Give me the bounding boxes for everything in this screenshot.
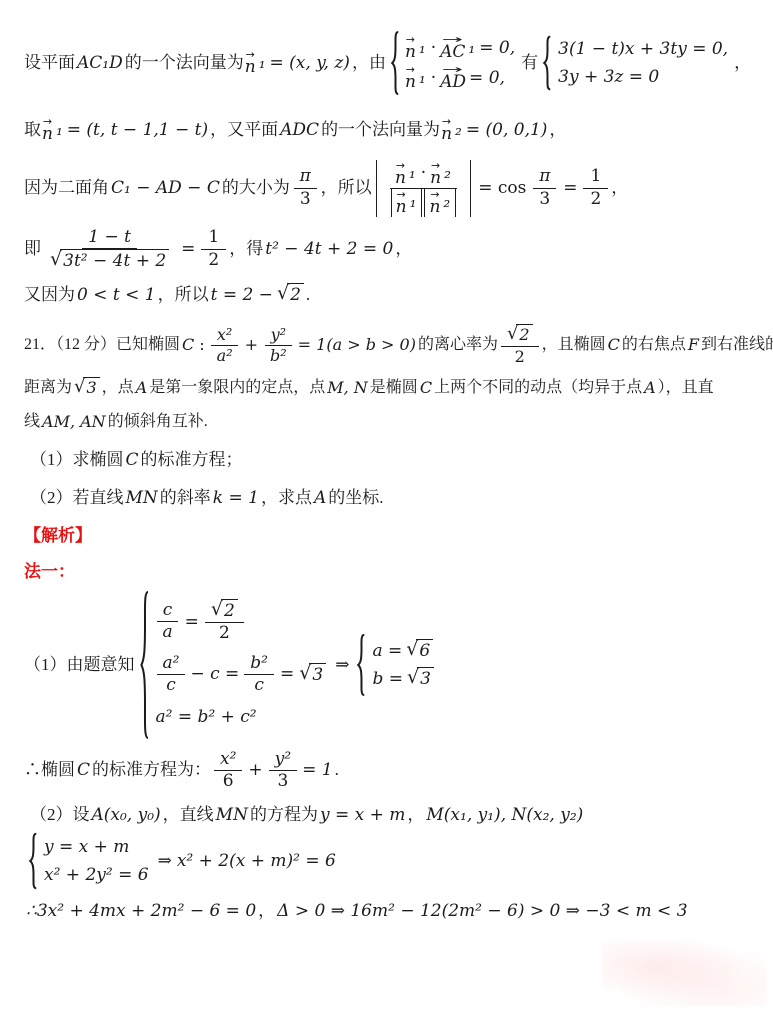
vector-letter: n [405, 74, 416, 92]
fraction-denominator: 3 [270, 771, 295, 792]
punctuation: ， [321, 175, 338, 201]
fraction-numerator: x² [211, 325, 238, 346]
text-run: 又平面 [227, 117, 278, 143]
punctuation: : [199, 332, 204, 358]
math-run: b² [250, 653, 268, 674]
system-row: y = x + m [42, 834, 131, 860]
dot-product-system: →n₁ · →AC₁ = 0, →n₁ · →AD = 0, [390, 30, 517, 96]
text-run: 求点 [278, 485, 312, 511]
vector-subscript: ₁ [56, 117, 63, 143]
math-run: c [163, 600, 173, 621]
math-run: AM, AN [42, 409, 106, 435]
math-run: C [77, 757, 90, 783]
text-run: 点 [118, 375, 134, 401]
fraction-denominator: c [160, 675, 182, 696]
fraction-denominator: 6 [216, 771, 241, 792]
problem-21-line-a: 21．（12 分）已知椭圆 C : x²a² + y²b² = 1(a > b … [24, 324, 763, 367]
text-run: 的坐标. [328, 485, 383, 511]
text-run: （2）若直线 [30, 485, 124, 511]
math-run: x² + 2(x + m)² = 6 [177, 848, 336, 874]
math-run: MN [216, 802, 248, 828]
fraction-b2-c: b²c [244, 653, 274, 697]
math-run: AC₁D [77, 50, 123, 76]
text-run: 的方程为 [250, 802, 318, 828]
punctuation: . [306, 282, 310, 308]
text-run: 的大小为 [222, 175, 290, 201]
math-run: 1 − t [88, 227, 131, 248]
math-run: a² = b² + c² [156, 704, 257, 730]
dot-operator: · [431, 65, 436, 91]
text-run: 因为二面角 [24, 175, 109, 201]
fraction-denominator: √3t² − 4t + 2 [44, 249, 175, 272]
math-run: 1 [590, 166, 601, 187]
math-run: = (0, 0,1) [466, 117, 548, 143]
math-run: = cos [478, 175, 526, 201]
radicand: 3 [309, 663, 326, 686]
fraction-numerator: √2 [501, 324, 539, 347]
dot-operator: · [421, 163, 426, 184]
text-run: 即 [24, 236, 41, 262]
math-run: A [136, 375, 148, 401]
punctuation: ， [549, 117, 566, 143]
punctuation: ， [163, 802, 180, 828]
text-run: 所以 [175, 282, 209, 308]
implies-arrow: ⇒ [335, 652, 349, 678]
text-run: 得 [246, 236, 263, 262]
math-run: y² [275, 749, 291, 770]
fraction-y2-3: y²3 [269, 749, 297, 793]
math-run: A(x₀, y₀) [92, 802, 161, 828]
math-run: x² [220, 749, 236, 770]
question-2: （2）若直线 MN 的斜率 k = 1 ， 求点 A 的坐标. [24, 485, 763, 511]
text-run: 取 [24, 117, 41, 143]
text-run: （2）设 [30, 802, 90, 828]
sqrt: √3 [74, 377, 100, 399]
vector-subscript: ₁ [419, 35, 426, 61]
math-run: a = [372, 638, 402, 664]
math-run: A [314, 485, 326, 511]
text-run: （1）求椭圆 [30, 447, 124, 473]
math-run: c [254, 675, 264, 696]
abs-value-small: →n₂ [424, 189, 456, 217]
fraction-sqrt2-2: √22 [501, 324, 539, 367]
text-run: 线 [24, 409, 40, 435]
line-normal-vector-setup: 设平面 AC₁D 的一个法向量为 →n₁ = (x, y, z) ， 由 →n₁… [24, 30, 763, 96]
vector-subscript: ₁ [410, 192, 417, 213]
text-run: 是椭圆 [370, 375, 418, 401]
math-run: 2 [590, 189, 601, 210]
text-run: 的一个法向量为 [321, 117, 440, 143]
math-run: 3 [539, 189, 550, 210]
watermark [602, 940, 767, 1006]
solution-substitution-system: y = x + m x² + 2y² = 6 ⇒ x² + 2(x + m)² … [24, 832, 763, 890]
math-run: c [166, 675, 176, 696]
math-run: M(x₁, y₁), N(x₂, y₂) [426, 802, 583, 828]
system-rows: y = x + m x² + 2y² = 6 [42, 834, 151, 888]
fraction-numerator: a² [157, 653, 186, 675]
system-row: →n₁ · →AD = 0, [404, 64, 507, 92]
text-run: ），且直 [658, 375, 714, 401]
punctuation: ， [395, 236, 412, 262]
vector-letter: n [42, 126, 53, 144]
conditions-system: ca = √22 a²c − c = b²c = √3 a² = b² + c² [139, 589, 329, 741]
system-row: 3(1 − t)x + 3ty = 0, [556, 36, 730, 62]
punctuation: . [335, 757, 339, 783]
fraction-numerator: 1 [583, 166, 608, 188]
result-system: a =√6 b =√3 [356, 633, 436, 697]
math-run: = [280, 661, 294, 687]
math-run: MN [126, 485, 158, 511]
math-run: M, N [327, 375, 368, 401]
vector-n1: →n [405, 34, 416, 62]
vector-arrow-icon: → [442, 64, 463, 74]
math-run: C [608, 332, 620, 358]
math-run: y = x + m [44, 834, 129, 860]
dot-operator: · [431, 35, 436, 61]
text-run: 的斜率 [160, 485, 211, 511]
fraction-pi-3: π3 [293, 166, 318, 210]
brace-left-icon [390, 30, 401, 96]
sqrt: √6 [406, 639, 433, 662]
vector-subscript: ₁ [419, 65, 426, 91]
abs-value-group: →n₁ · →n₂ →n₁→n₂ [376, 160, 472, 217]
text-run: 直线 [180, 802, 214, 828]
math-run: 2 [219, 623, 230, 644]
analysis-heading-label: 【解析】 [24, 523, 92, 549]
math-run: 1 [208, 227, 219, 248]
system-row: ca = √22 [154, 599, 247, 644]
vector-n2: →n [441, 116, 452, 144]
fraction-denominator: 3 [293, 189, 318, 210]
math-run: x² + 2y² = 6 [44, 862, 149, 888]
sqrt: √2 [211, 599, 238, 622]
text-run: 有 [521, 50, 538, 76]
system-rows: →n₁ · →AC₁ = 0, →n₁ · →AD = 0, [404, 34, 517, 92]
fraction-denominator: a [157, 622, 179, 643]
vector-letter: n [441, 126, 452, 144]
math-run: 3 [277, 771, 288, 792]
system-row: →n₁ · →AC₁ = 0, [404, 34, 517, 62]
punctuation: ， [258, 898, 275, 924]
fraction-1-2: 12 [583, 166, 608, 210]
math-run: = (x, y, z) [270, 50, 350, 76]
math-run: b² [270, 346, 287, 366]
math-run: a [163, 622, 173, 643]
math-run: = [185, 609, 199, 635]
math-run: Δ > 0 ⇒ 16m² − 12(2m² − 6) > 0 ⇒ −3 < m … [277, 898, 687, 924]
fraction-pi-3: π3 [532, 166, 557, 210]
line-take-n1: 取 →n₁ = (t, t − 1,1 − t) ， 又平面 ADC 的一个法向… [24, 116, 763, 144]
line-solve-t-equation: 即 1 − t √3t² − 4t + 2 = 12 ， 得 t² − 4t +… [24, 227, 763, 272]
system-row: a =√6 [370, 638, 435, 664]
fraction-c-a: ca [157, 600, 179, 644]
line-ellipse-system: y = x + m x² + 2y² = 6 [28, 832, 151, 890]
plus-operator: + [248, 757, 262, 783]
math-run: y = x + m [320, 802, 405, 828]
method-1-label: 法一： [24, 559, 75, 585]
fraction-x2-a2: x²a² [211, 325, 239, 366]
brace-left-icon [356, 633, 367, 697]
vector-subscript: ₁ [468, 35, 475, 61]
punctuation: ， [407, 802, 424, 828]
sqrt: √2 [507, 324, 533, 346]
analysis-heading: 【解析】 [24, 523, 763, 549]
fraction-denominator: 2 [508, 347, 532, 367]
punctuation: ， [352, 50, 369, 76]
vector-n1: →n [245, 49, 256, 77]
sqrt: √3t² − 4t + 2 [50, 249, 169, 272]
fraction-y2-b2: y²b² [264, 325, 293, 366]
fraction-numerator: x² [214, 749, 242, 771]
math-run: 3y + 3z = 0 [558, 64, 659, 90]
text-run: 到右准线的 [701, 332, 773, 358]
problem-21-line-c: 线 AM, AN 的倾斜角互补. [24, 409, 763, 435]
radicand: 6 [416, 639, 433, 662]
math-run: 2 [208, 250, 219, 271]
sqrt: √2 [277, 283, 304, 306]
fraction-numerator: π [533, 166, 556, 188]
fraction-numerator: 1 [201, 227, 226, 249]
math-run: = 0, [469, 65, 505, 91]
solution-part1-system: （1）由题意知 ca = √22 a²c − c = b²c = √3 a² =… [24, 589, 763, 741]
vector-subscript: ₂ [443, 192, 450, 213]
math-run: = [181, 236, 195, 262]
fraction-x2-6: x²6 [214, 749, 242, 793]
math-solution-page: 设平面 AC₁D 的一个法向量为 →n₁ = (x, y, z) ， 由 →n₁… [0, 0, 773, 1022]
radicand: 2 [516, 324, 532, 346]
fraction-denominator: 2 [583, 189, 608, 210]
vector-subscript: ₂ [444, 163, 451, 184]
radicand: 3t² − 4t + 2 [60, 249, 169, 272]
fraction-numerator: b² [244, 653, 274, 675]
brace-left-icon [28, 832, 39, 890]
fraction-numerator: c [157, 600, 179, 622]
text-run: 由 [369, 50, 386, 76]
fraction-cos: →n₁ · →n₂ →n₁→n₂ [386, 160, 462, 217]
text-run: 的倾斜角互补. [108, 409, 208, 435]
fraction-numerator: y² [265, 325, 292, 346]
vector-subscript: ₁ [409, 163, 416, 184]
system-rows: 3(1 − t)x + 3ty = 0, 3y + 3z = 0 [556, 36, 730, 90]
fraction-numerator: y² [269, 749, 297, 771]
math-run: 3(1 − t)x + 3ty = 0, [558, 36, 728, 62]
vector-arrow-icon: → [442, 34, 463, 44]
fraction-denominator: c [248, 675, 270, 696]
vector-n2: →n [429, 189, 440, 217]
vector-subscript: ₁ [259, 50, 266, 76]
fraction-radical: 1 − t √3t² − 4t + 2 [44, 227, 175, 272]
vector-AC1: →AC [440, 34, 465, 62]
punctuation: ， [542, 332, 558, 358]
text-run: 又因为 [24, 282, 75, 308]
text-run: 且椭圆 [558, 332, 606, 358]
text-run: 设平面 [24, 50, 75, 76]
math-run: a² [217, 346, 233, 366]
math-run: x² [217, 325, 232, 345]
math-run: π [300, 166, 311, 187]
text-run: 距离为 [24, 375, 72, 401]
vector-letter: n [395, 170, 406, 188]
system-rows: a =√6 b =√3 [370, 638, 436, 692]
vector-letter: AC [440, 44, 465, 62]
math-run: = (t, t − 1,1 − t) [67, 117, 208, 143]
text-run: 上两个不同的动点（均异于点 [434, 375, 642, 401]
punctuation: ， [734, 50, 751, 76]
radicand: 3 [417, 667, 434, 690]
punctuation: ， [158, 282, 175, 308]
fraction-sqrt2-2: √22 [205, 599, 244, 644]
question-1: （1）求椭圆 C 的标准方程； [24, 447, 763, 473]
text-run: 的一个法向量为 [125, 50, 244, 76]
math-run: π [539, 166, 550, 187]
math-run: ∴3x² + 4mx + 2m² − 6 = 0 [26, 898, 256, 924]
vector-n1: →n [395, 160, 406, 188]
system-row: 3y + 3z = 0 [556, 64, 661, 90]
math-run: ADC [280, 117, 319, 143]
fraction-numerator: √2 [205, 599, 244, 623]
vector-letter: AD [440, 74, 466, 92]
text-run: 的标准方程为： [92, 757, 211, 783]
math-run: t = 2 − [211, 282, 273, 308]
fraction-denominator: 3 [532, 189, 557, 210]
vector-AD: →AD [440, 64, 466, 92]
system-row: a²c − c = b²c = √3 [154, 653, 329, 697]
fraction-denominator: 2 [212, 623, 237, 644]
linear-system: 3(1 − t)x + 3ty = 0, 3y + 3z = 0 [542, 35, 730, 91]
fraction-numerator: 1 − t [82, 227, 137, 249]
math-run: = 0, [479, 35, 515, 61]
math-run: 3 [300, 189, 311, 210]
fraction-denominator: →n₁→n₂ [386, 189, 462, 217]
math-run: = 1(a > b > 0) [298, 332, 416, 358]
vector-letter: n [405, 44, 416, 62]
math-run: C [126, 447, 139, 473]
fraction-1-2: 12 [201, 227, 226, 271]
math-run: = 1 [302, 757, 332, 783]
radicand: 2 [221, 599, 238, 622]
text-run: 是第一象限内的定点，点 [149, 375, 325, 401]
math-run: b = [372, 666, 403, 692]
system-rows: ca = √22 a²c − c = b²c = √3 a² = b² + c² [154, 599, 329, 730]
fraction-denominator: b² [264, 346, 293, 366]
fraction-denominator: a² [211, 346, 239, 366]
punctuation: ， [611, 175, 628, 201]
vector-letter: n [396, 199, 407, 217]
vector-n1: →n [396, 189, 407, 217]
vector-n2: →n [430, 160, 441, 188]
math-run: k = 1 [213, 485, 259, 511]
text-run: 的右焦点 [622, 332, 686, 358]
vector-letter: n [245, 59, 256, 77]
math-run: t² − 4t + 2 = 0 [265, 236, 393, 262]
math-run: y² [271, 325, 286, 345]
abs-value-small: →n₁ [391, 189, 423, 217]
punctuation: ， [261, 485, 278, 511]
text-run: 的标准方程； [141, 447, 243, 473]
vector-n1: →n [42, 116, 53, 144]
solution-standard-equation: ∴椭圆 C 的标准方程为： x²6 + y²3 = 1 . [24, 749, 763, 793]
system-row: b =√3 [370, 666, 436, 692]
vector-letter: n [430, 170, 441, 188]
implies-arrow: ⇒ [158, 848, 172, 874]
system-row: x² + 2y² = 6 [42, 862, 151, 888]
radicand: 3 [83, 377, 99, 399]
math-run: F [688, 332, 699, 358]
fraction-numerator: →n₁ · →n₂ [390, 160, 457, 189]
fraction-denominator: 2 [201, 250, 226, 271]
plus-operator: + [245, 332, 258, 358]
brace-left-icon [139, 589, 151, 741]
text-run: （1）由题意知 [24, 652, 135, 678]
line-dihedral-angle: 因为二面角 C₁ − AD − C 的大小为 π3 ， 所以 →n₁ · →n₂… [24, 160, 763, 217]
punctuation: ， [102, 375, 118, 401]
radicand: 2 [287, 283, 304, 306]
vector-subscript: ₂ [455, 117, 462, 143]
vector-n1: →n [405, 64, 416, 92]
fraction-a2-c: a²c [157, 653, 186, 697]
sqrt: √3 [407, 667, 434, 690]
math-run: C [420, 375, 432, 401]
system-row: a² = b² + c² [154, 704, 259, 730]
problem-21-line-b: 距离为 √3 ， 点 A 是第一象限内的定点，点 M, N 是椭圆 C 上两个不… [24, 375, 763, 401]
math-run: = [563, 175, 577, 201]
solution-part2-setup: （2）设 A(x₀, y₀) ， 直线 MN 的方程为 y = x + m ， … [24, 802, 763, 828]
math-run: C [182, 332, 194, 358]
solution-discriminant: ∴3x² + 4mx + 2m² − 6 = 0 ， Δ > 0 ⇒ 16m² … [24, 898, 763, 924]
line-t-result: 又因为 0 < t < 1 ， 所以 t = 2 − √2 . [24, 282, 763, 308]
brace-left-icon [542, 35, 553, 91]
text-run: 21．（12 分）已知椭圆 [24, 332, 180, 358]
vector-letter: n [429, 199, 440, 217]
math-run: 2 [515, 347, 525, 367]
method-1-heading: 法一： [24, 559, 763, 585]
fraction-numerator: π [294, 166, 317, 188]
text-run: ∴椭圆 [24, 757, 75, 783]
math-run: 0 < t < 1 [77, 282, 156, 308]
sqrt: √3 [299, 663, 326, 686]
math-run: A [644, 375, 656, 401]
math-run: C₁ − AD − C [111, 175, 220, 201]
punctuation: ， [229, 236, 246, 262]
math-run: a² [163, 653, 180, 674]
math-run: 6 [223, 771, 234, 792]
punctuation: ， [210, 117, 227, 143]
text-run: 的离心率为 [418, 332, 498, 358]
text-run: 所以 [338, 175, 372, 201]
math-run: − c = [190, 661, 239, 687]
